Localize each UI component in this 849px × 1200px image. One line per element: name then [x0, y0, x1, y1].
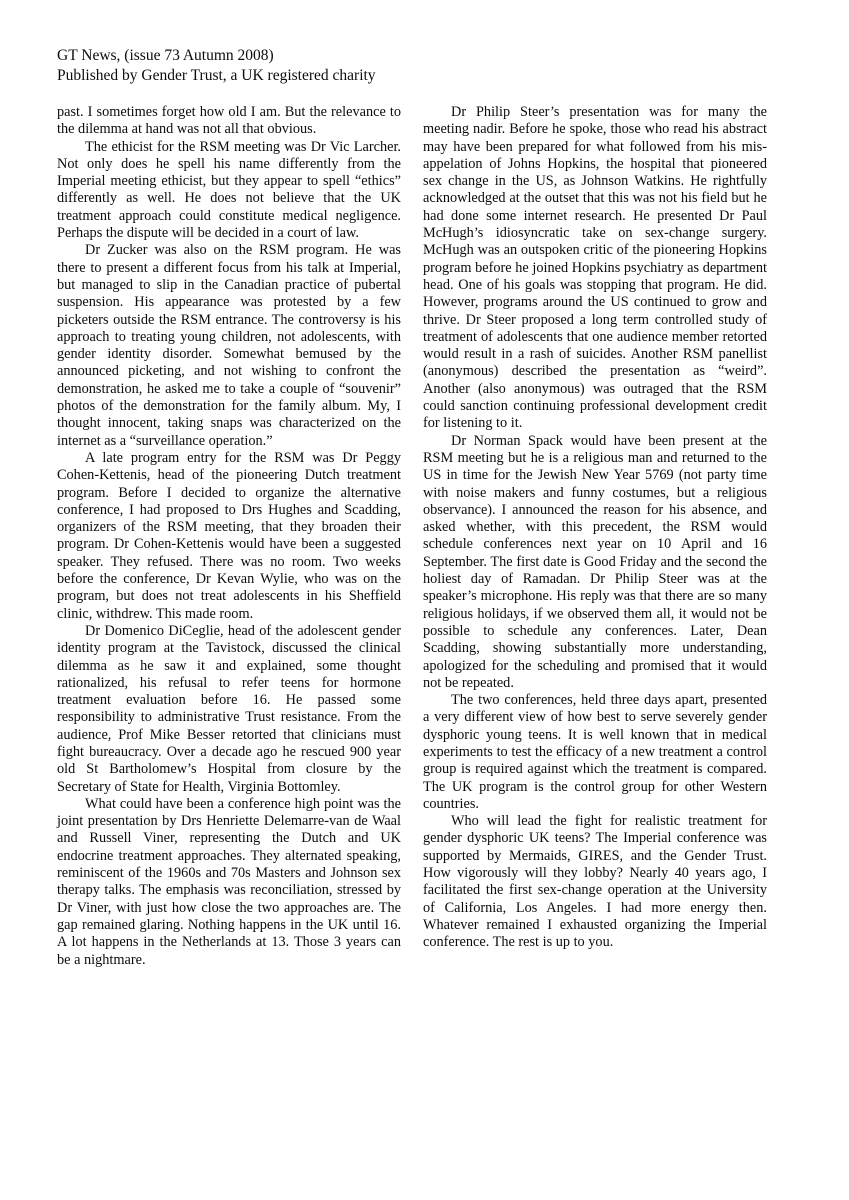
- column-left: past. I sometimes forget how old I am. B…: [57, 104, 401, 969]
- paragraph: Dr Norman Spack would have been present …: [423, 433, 767, 692]
- paragraph: The ethicist for the RSM meeting was Dr …: [57, 139, 401, 243]
- document-header: GT News, (issue 73 Autumn 2008) Publishe…: [57, 46, 376, 86]
- header-publisher-line: Published by Gender Trust, a UK register…: [57, 66, 376, 86]
- paragraph: Dr Philip Steer’s presentation was for m…: [423, 104, 767, 433]
- paragraph: Dr Zucker was also on the RSM program. H…: [57, 242, 401, 450]
- header-issue-line: GT News, (issue 73 Autumn 2008): [57, 46, 376, 66]
- document-page: GT News, (issue 73 Autumn 2008) Publishe…: [0, 0, 849, 1200]
- paragraph: Who will lead the fight for realistic tr…: [423, 813, 767, 951]
- paragraph: The two conferences, held three days apa…: [423, 692, 767, 813]
- paragraph: A late program entry for the RSM was Dr …: [57, 450, 401, 623]
- paragraph: past. I sometimes forget how old I am. B…: [57, 104, 401, 139]
- column-right: Dr Philip Steer’s presentation was for m…: [423, 104, 767, 952]
- paragraph: Dr Domenico DiCeglie, head of the adoles…: [57, 623, 401, 796]
- paragraph: What could have been a conference high p…: [57, 796, 401, 969]
- article-body: past. I sometimes forget how old I am. B…: [57, 104, 767, 969]
